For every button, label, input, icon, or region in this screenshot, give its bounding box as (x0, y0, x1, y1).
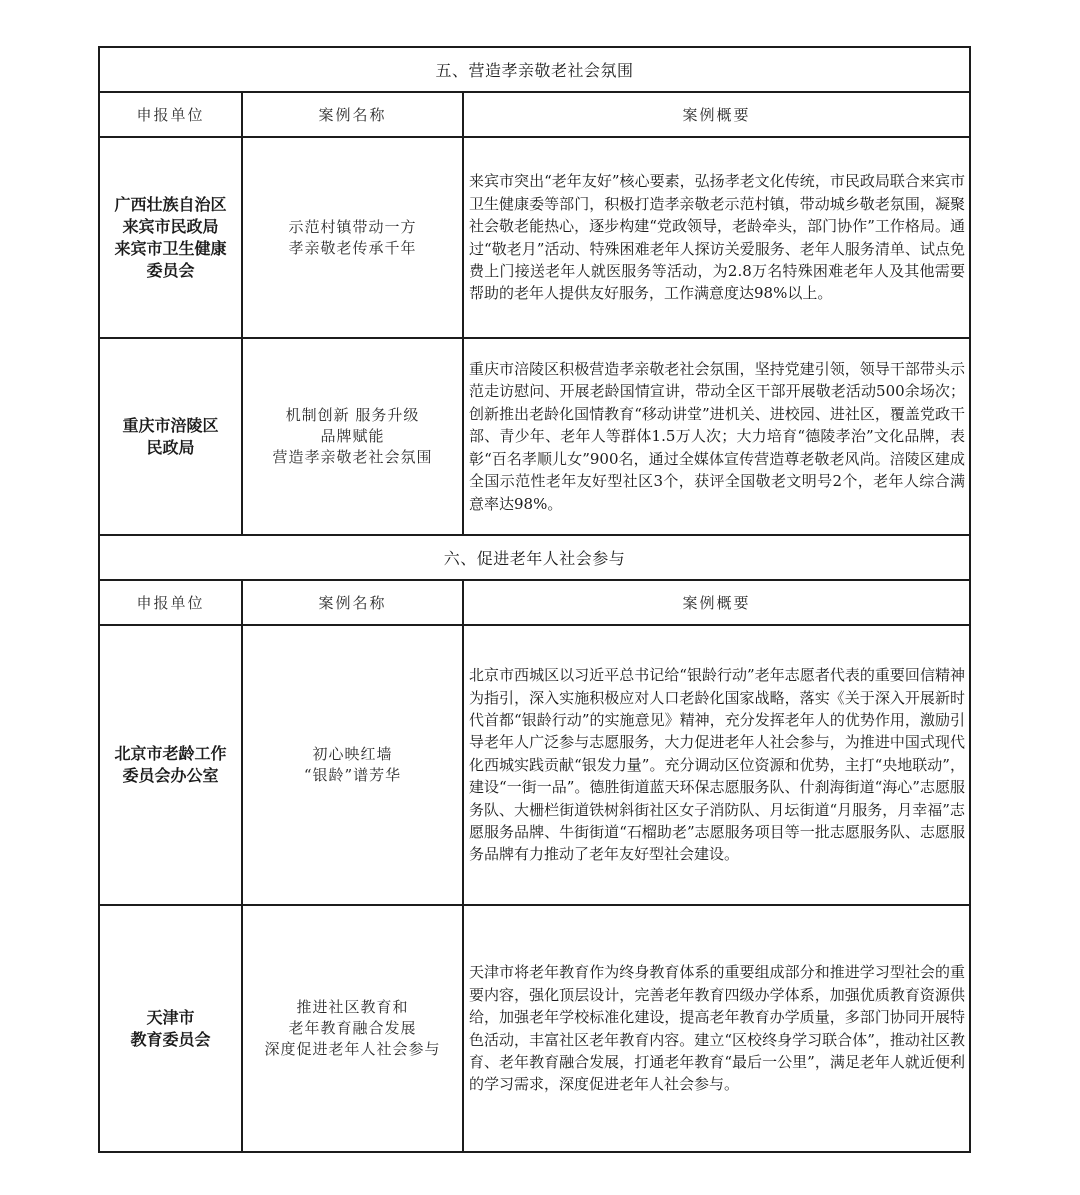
unit-line: 广西壮族自治区 (100, 194, 241, 216)
table-row: 重庆市涪陵区 民政局 机制创新 服务升级 品牌赋能 营造孝亲敬老社会氛围 重庆市… (99, 338, 970, 535)
case-name-cell: 推进社区教育和 老年教育融合发展 深度促进老年人社会参与 (242, 905, 463, 1152)
document-page: 五、营造孝亲敬老社会氛围 申报单位 案例名称 案例概要 广西壮族自治区 来宾市民… (98, 46, 969, 1153)
unit-line: 委员会办公室 (100, 765, 241, 787)
section-title-row: 六、促进老年人社会参与 (99, 535, 970, 580)
section-title-row: 五、营造孝亲敬老社会氛围 (99, 47, 970, 92)
unit-cell: 重庆市涪陵区 民政局 (99, 338, 242, 535)
table-header-row: 申报单位 案例名称 案例概要 (99, 580, 970, 625)
case-summary-cell: 北京市西城区以习近平总书记给“银龄行动”老年志愿者代表的重要回信精神为指引，深入… (463, 625, 970, 905)
unit-cell: 北京市老龄工作 委员会办公室 (99, 625, 242, 905)
case-name-line: 孝亲敬老传承千年 (243, 238, 462, 259)
case-name-cell: 示范村镇带动一方 孝亲敬老传承千年 (242, 137, 463, 338)
case-name-line: 营造孝亲敬老社会氛围 (243, 447, 462, 468)
case-table: 五、营造孝亲敬老社会氛围 申报单位 案例名称 案例概要 广西壮族自治区 来宾市民… (98, 46, 971, 1153)
unit-cell: 广西壮族自治区 来宾市民政局 来宾市卫生健康 委员会 (99, 137, 242, 338)
unit-line: 天津市 (100, 1007, 241, 1029)
case-name-cell: 机制创新 服务升级 品牌赋能 营造孝亲敬老社会氛围 (242, 338, 463, 535)
header-case-summary: 案例概要 (463, 92, 970, 137)
unit-line: 重庆市涪陵区 (100, 415, 241, 437)
table-row: 广西壮族自治区 来宾市民政局 来宾市卫生健康 委员会 示范村镇带动一方 孝亲敬老… (99, 137, 970, 338)
section-title: 五、营造孝亲敬老社会氛围 (99, 47, 970, 92)
header-case-name: 案例名称 (242, 92, 463, 137)
unit-line: 教育委员会 (100, 1029, 241, 1051)
header-unit: 申报单位 (99, 92, 242, 137)
header-unit: 申报单位 (99, 580, 242, 625)
case-name-line: “银龄”谱芳华 (243, 765, 462, 786)
header-case-name: 案例名称 (242, 580, 463, 625)
case-name-line: 机制创新 服务升级 (243, 405, 462, 426)
unit-line: 来宾市卫生健康 (100, 238, 241, 260)
case-name-line: 示范村镇带动一方 (243, 217, 462, 238)
case-name-line: 推进社区教育和 (243, 997, 462, 1018)
section-title: 六、促进老年人社会参与 (99, 535, 970, 580)
unit-line: 委员会 (100, 260, 241, 282)
case-name-line: 老年教育融合发展 (243, 1018, 462, 1039)
unit-cell: 天津市 教育委员会 (99, 905, 242, 1152)
case-name-line: 深度促进老年人社会参与 (243, 1039, 462, 1060)
table-row: 天津市 教育委员会 推进社区教育和 老年教育融合发展 深度促进老年人社会参与 天… (99, 905, 970, 1152)
case-summary-cell: 来宾市突出“老年友好”核心要素，弘扬孝老文化传统，市民政局联合来宾市卫生健康委等… (463, 137, 970, 338)
unit-line: 民政局 (100, 437, 241, 459)
table-row: 北京市老龄工作 委员会办公室 初心映红墙 “银龄”谱芳华 北京市西城区以习近平总… (99, 625, 970, 905)
case-name-line: 初心映红墙 (243, 744, 462, 765)
header-case-summary: 案例概要 (463, 580, 970, 625)
unit-line: 北京市老龄工作 (100, 743, 241, 765)
case-summary-cell: 重庆市涪陵区积极营造孝亲敬老社会氛围，坚持党建引领，领导干部带头示范走访慰问、开… (463, 338, 970, 535)
case-name-cell: 初心映红墙 “银龄”谱芳华 (242, 625, 463, 905)
unit-line: 来宾市民政局 (100, 216, 241, 238)
table-header-row: 申报单位 案例名称 案例概要 (99, 92, 970, 137)
case-summary-cell: 天津市将老年教育作为终身教育体系的重要组成部分和推进学习型社会的重要内容，强化顶… (463, 905, 970, 1152)
case-name-line: 品牌赋能 (243, 426, 462, 447)
